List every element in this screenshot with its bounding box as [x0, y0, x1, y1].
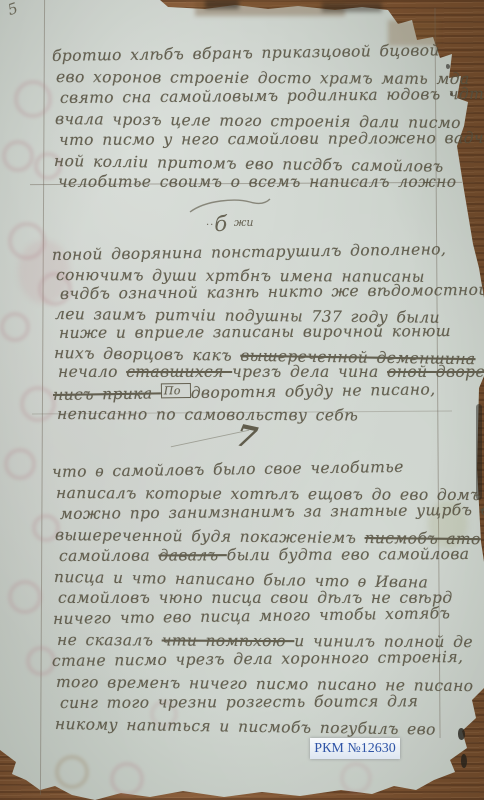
manuscript-text: ниже и вприеле записаны вирочной конюш [59, 322, 451, 342]
section-mark-6: ..б жи [206, 212, 253, 236]
manuscript-line: вчдбъ означной казнѣ никто же вѣдомостно… [60, 281, 436, 304]
stain [55, 755, 89, 789]
stain [2, 140, 34, 172]
edge-stain [205, 0, 239, 9]
manuscript-text: что ѳ самойловъ было свое челобитье [52, 458, 404, 481]
stain [4, 448, 36, 480]
manuscript-paragraph-3: что ѳ самойловъ было свое челобитье напи… [52, 462, 436, 735]
struck-text: чти помѣхою [162, 632, 295, 651]
ink-blot [446, 64, 450, 69]
manuscript-text: нечало [58, 363, 126, 381]
manuscript-text: можно про занимзнанимъ за знатные ущрбъ [60, 501, 481, 523]
struck-text: ставшихся [126, 363, 232, 381]
manuscript-line: челобитье своимъ о всемъ написалъ ложно [58, 172, 436, 193]
manuscript-text: свято сна самойловымъ родилника юдовъ чд… [60, 85, 484, 107]
manuscript-text: нихъ дворцовъ какъ [54, 344, 241, 365]
manuscript-text: неписанно по самовольству себѣ [57, 405, 358, 424]
stain [340, 762, 372, 794]
section-mark-letter: б [214, 212, 227, 236]
manuscript-text: челобитье своимъ о всемъ написалъ ложно [58, 173, 457, 191]
manuscript-line: самойлова давалъ были будта ево самойлов… [59, 544, 436, 567]
manuscript-paragraph-2: поной дворянина понстарушилъ дополнено, … [52, 246, 436, 425]
manuscript-line: можно про занимзнанимъ за знатные ущрбъ … [60, 500, 436, 525]
manuscript-line: стане писмо чрезъ дела хоронного строені… [52, 647, 436, 672]
ink-blot [461, 754, 467, 768]
manuscript-text: были будта ево самойлова [227, 545, 470, 564]
manuscript-line: синг того чрезни розгесть боится для [60, 691, 436, 714]
stain [20, 386, 56, 422]
manuscript-text: не сказалъ [57, 631, 162, 650]
stain [14, 80, 52, 118]
stain [8, 580, 42, 614]
manuscript-text: ничего что ево писца много чтобы хотябъ [53, 604, 451, 628]
struck-text: давалъ [158, 546, 226, 564]
manuscript-text: никому напиться и писмобъ погубилъ ево [55, 715, 436, 739]
photo-background-wood: 5 бротшо хлѣбъ вбранъ приказцовой бцовой… [0, 0, 484, 800]
stain [110, 762, 144, 796]
manuscript-line: что ѳ самойловъ было свое челобитье [52, 456, 436, 483]
inserted-text: По [161, 382, 191, 397]
manuscript-text: что писмо у него самойлови предложено ва… [59, 129, 484, 149]
manuscript-text: синг того чрезни розгесть боится для [60, 692, 418, 712]
manuscript-line: ниже и вприеле записаны вирочной конюш [59, 322, 436, 343]
section-mark-superscript: жи [234, 216, 254, 229]
ink-blot [458, 728, 465, 740]
manuscript-text: стане писмо чрезъ дела хоронного строені… [52, 648, 463, 670]
stain [0, 312, 30, 342]
manuscript-text: вчдбъ означной казнѣ никто же вѣдомостно… [60, 281, 484, 303]
manuscript-line: свято сна самойловымъ родилника юдовъ чд… [60, 84, 436, 109]
manuscript-text: самойлова [59, 547, 159, 565]
manuscript-line: что писмо у него самойлови предложено ва… [59, 128, 436, 151]
manuscript-text: бротшо хлѣбъ вбранъ приказцовой бцовой [52, 41, 440, 65]
struck-text: они [481, 501, 484, 519]
struck-text: нисъ прика [53, 384, 161, 404]
manuscript-paragraph-1: бротшо хлѣбъ вбранъ приказцовой бцовой е… [52, 46, 436, 193]
manuscript-line: бротшо хлѣбъ вбранъ приказцовой бцовой [52, 40, 436, 67]
edge-stain [322, 2, 382, 12]
manuscript-line: ничего что ево писца много чтобы хотябъ [53, 603, 436, 630]
manuscript-text: дворотня обуду не писано, [191, 380, 436, 402]
archive-number-label: РКМ №12630 [310, 738, 400, 759]
